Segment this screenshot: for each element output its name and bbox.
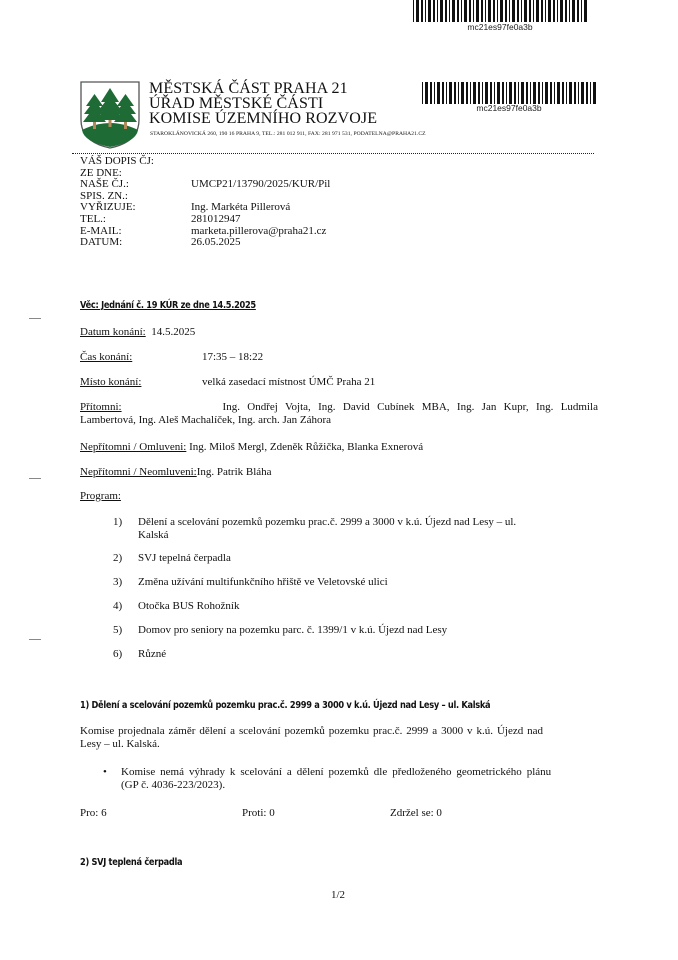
section1-paragraph-line2: Lesy – ul. Kalská.	[80, 738, 598, 751]
meta-label: DATUM:	[80, 237, 122, 249]
fold-mark	[29, 639, 41, 640]
section1-bullet: Komise nemá výhrady k scelování a dělení…	[121, 766, 551, 792]
header-barcode	[422, 82, 598, 104]
top-barcode-text: mc21es97fe0a3b	[413, 22, 587, 32]
vote-abstain: Zdržel se: 0	[390, 807, 442, 820]
header-divider	[72, 153, 594, 154]
meta-value: 26.05.2025	[191, 237, 241, 249]
fold-mark	[29, 318, 41, 319]
meta-label: VÁŠ DOPIS ČJ:	[80, 156, 154, 168]
meta-value: UMCP21/13790/2025/KUR/Pil	[191, 179, 330, 191]
program-item-text: Dělení a scelování pozemků pozemku prac.…	[138, 516, 516, 529]
section2-heading: 2) SVJ teplená čerpadla	[80, 857, 182, 868]
unexcused-label: Nepřítomni / Neomluveni:	[80, 466, 197, 478]
excused-label: Nepřítomni / Omluveni:	[80, 441, 186, 453]
place-value: velká zasedací místnost ÚMČ Praha 21	[202, 376, 375, 389]
program-item-number: 4)	[113, 600, 122, 612]
section1-bullet-line1: Komise nemá výhrady k scelování a dělení…	[121, 766, 551, 779]
fold-mark	[29, 478, 41, 479]
meta-label: NAŠE ČJ.:	[80, 179, 129, 191]
program-item-text: Domov pro seniory na pozemku parc. č. 13…	[138, 624, 447, 637]
program-item: Změna užívání multifunkčního hřiště ve V…	[138, 576, 388, 589]
program-item-text: SVJ tepelná čerpadla	[138, 552, 231, 565]
present-row: Přítomni: Ing. Ondřej Vojta, Ing. David …	[80, 401, 598, 427]
program-label: Program:	[80, 490, 121, 503]
top-barcode	[413, 0, 589, 22]
program-item-number: 1)	[113, 516, 122, 528]
program-item: SVJ tepelná čerpadla	[138, 552, 231, 565]
program-item-text: Různé	[138, 648, 166, 661]
program-item-number: 6)	[113, 648, 122, 660]
program-item-number: 3)	[113, 576, 122, 588]
program-item: Otočka BUS Rohožník	[138, 600, 239, 613]
section1-bullet-line2: (GP č. 4036-223/2023).	[121, 779, 551, 792]
section1-paragraph-line1: Komise projednala záměr dělení a scelová…	[80, 725, 598, 738]
excused-row: Nepřítomni / Omluveni: Ing. Miloš Mergl,…	[80, 441, 423, 454]
page-number: 1/2	[331, 889, 345, 902]
present-label: Přítomni:	[80, 401, 122, 414]
program-item: Různé	[138, 648, 166, 661]
program-item-text: Změna užívání multifunkčního hřiště ve V…	[138, 576, 388, 589]
letterhead-line3: KOMISE ÚZEMNÍHO ROZVOJE	[149, 112, 377, 126]
present-value-line2: Lambertová, Ing. Aleš Machalíček, Ing. a…	[80, 414, 598, 427]
vote-against: Proti: 0	[242, 807, 275, 820]
logo	[79, 80, 141, 150]
subject-heading: Věc: Jednání č. 19 KÚR ze dne 14.5.2025	[80, 300, 256, 311]
program-item: Dělení a scelování pozemků pozemku prac.…	[138, 516, 516, 541]
coat-of-arms-trees-icon	[79, 80, 141, 150]
unexcused-value: Ing. Patrik Bláha	[197, 466, 272, 478]
time-label: Čas konání:	[80, 351, 132, 364]
letterhead-line1: MĚSTSKÁ ČÁST PRAHA 21	[149, 82, 348, 96]
program-item-text: Otočka BUS Rohožník	[138, 600, 239, 613]
date-label: Datum konání:	[80, 326, 146, 338]
section1-paragraph: Komise projednala záměr dělení a scelová…	[80, 725, 598, 751]
section1-bullet-dot: •	[103, 766, 107, 779]
place-label: Místo konání:	[80, 376, 141, 389]
letterhead-line2: ÚŘAD MĚSTSKÉ ČÁSTI	[149, 97, 323, 111]
time-value: 17:35 – 18:22	[202, 351, 263, 364]
meta-value: 281012947	[191, 214, 241, 226]
program-item: Domov pro seniory na pozemku parc. č. 13…	[138, 624, 447, 637]
meta-label: TEL.:	[80, 214, 106, 226]
vote-for: Pro: 6	[80, 807, 107, 820]
date-value: 14.5.2025	[151, 326, 195, 338]
date-row: Datum konání: 14.5.2025	[80, 326, 195, 339]
letterhead-address: STAROKLÁNOVICKÁ 260, 190 16 PRAHA 9, TEL…	[150, 131, 426, 137]
section1-heading: 1) Dělení a scelování pozemků pozemku pr…	[80, 700, 490, 711]
present-value-line1: Ing. Ondřej Vojta, Ing. David Cubínek MB…	[223, 401, 598, 414]
program-item-number: 5)	[113, 624, 122, 636]
unexcused-row: Nepřítomni / Neomluveni:Ing. Patrik Bláh…	[80, 466, 272, 479]
program-item-number: 2)	[113, 552, 122, 564]
program-item-text-cont: Kalská	[138, 529, 516, 542]
header-barcode-text: mc21es97fe0a3b	[422, 103, 596, 113]
excused-value: Ing. Miloš Mergl, Zdeněk Růžička, Blanka…	[189, 441, 423, 453]
